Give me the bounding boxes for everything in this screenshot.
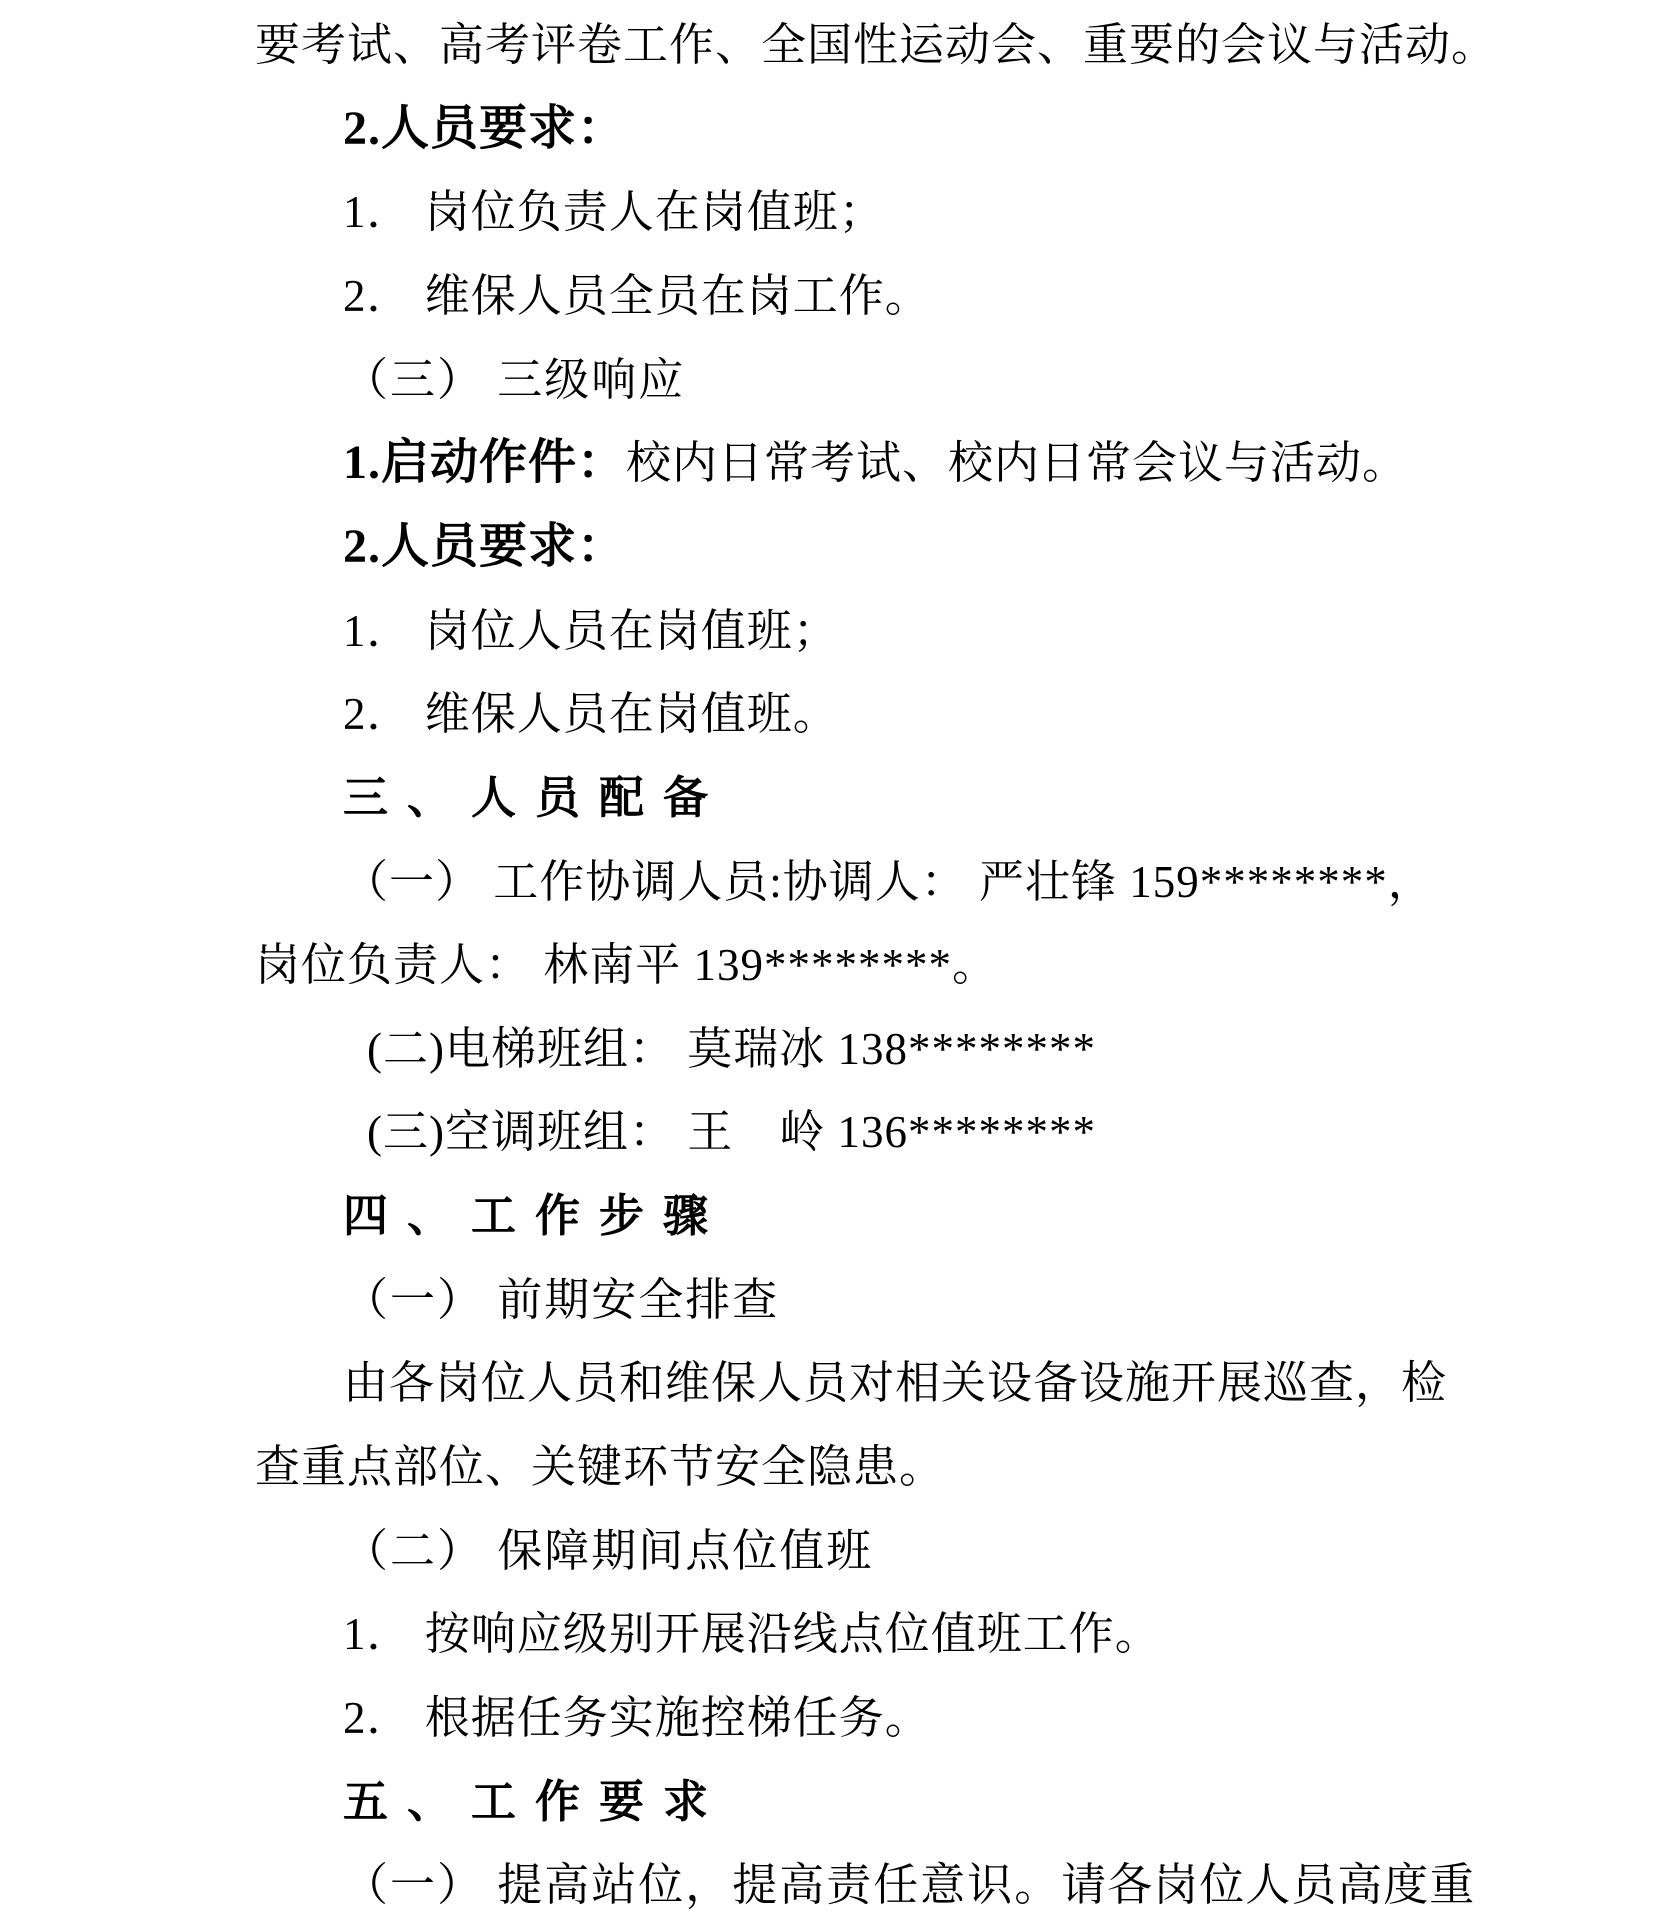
document-line: 1.启动作件：校内日常考试、校内日常会议与活动。 <box>255 421 1503 505</box>
text-run-kai: （一） 前期安全排查 <box>343 1275 779 1325</box>
document-line: （一） 前期安全排查 <box>255 1258 1503 1342</box>
document-line: （三） 三级响应 <box>255 338 1503 422</box>
text-run-body: 2． 维保人员全员在岗工作。 <box>343 271 931 321</box>
text-run-body: 岗位负责人： 林南平 139********。 <box>255 940 998 990</box>
text-run-body: 由各岗位人员和维保人员对相关设备设施开展巡查，检 <box>343 1358 1447 1408</box>
document-line: 五、工作要求 <box>255 1760 1503 1844</box>
document-line: 1． 岗位人员在岗值班； <box>255 589 1503 673</box>
text-run-body: 1． 按响应级别开展沿线点位值班工作。 <box>343 1609 1161 1659</box>
document-line: 2． 维保人员在岗值班。 <box>255 672 1503 756</box>
document-line: （一） 工作协调人员:协调人： 严壮锋 159********， <box>255 840 1503 924</box>
text-run-bold: 1.启动作件： <box>343 436 626 489</box>
text-run-body: 1． 岗位负责人在岗值班； <box>343 187 885 237</box>
document-line: （二） 保障期间点位值班 <box>255 1509 1503 1593</box>
text-run-hei: 五、工作要求 <box>343 1776 727 1827</box>
text-run-body: 2． 维保人员在岗值班。 <box>343 689 839 739</box>
document-line: 1． 岗位负责人在岗值班； <box>255 170 1503 254</box>
document-line: 2.人员要求： <box>255 87 1503 171</box>
document-line: 2． 根据任务实施控梯任务。 <box>255 1676 1503 1760</box>
text-run-body: 2． 根据任务实施控梯任务。 <box>343 1693 931 1743</box>
document-line: (三)空调班组： 王 岭 136******** <box>255 1090 1527 1174</box>
text-run-body: (三)空调班组： 王 岭 136******** <box>367 1107 1096 1157</box>
text-run-body: 请各岗位人员高度重 <box>1061 1860 1475 1910</box>
document-line: 岗位负责人： 林南平 139********。 <box>255 923 1415 1007</box>
text-run-body: (二)电梯班组： 莫瑞冰 138******** <box>367 1024 1096 1074</box>
document-page: 要考试、高考评卷工作、全国性运动会、重要的会议与活动。2.人员要求：1． 岗位负… <box>0 0 1654 1925</box>
document-line: 2． 维保人员全员在岗工作。 <box>255 254 1503 338</box>
document-line: 四、工作步骤 <box>255 1174 1503 1258</box>
document-line: 1． 按响应级别开展沿线点位值班工作。 <box>255 1592 1503 1676</box>
document-line: 三、人员配备 <box>255 756 1503 840</box>
text-run-body: 查重点部位、关键环节安全隐患。 <box>255 1442 945 1492</box>
text-run-body: 1． 岗位人员在岗值班； <box>343 606 839 656</box>
text-run-kai: （三） 三级响应 <box>343 355 685 405</box>
text-run-kai: （一） 提高站位，提高责任意识。 <box>343 1860 1061 1910</box>
document-text: 要考试、高考评卷工作、全国性运动会、重要的会议与活动。2.人员要求：1． 岗位负… <box>0 0 1654 1925</box>
text-run-body: 校内日常考试、校内日常会议与活动。 <box>626 438 1408 488</box>
document-line: 查重点部位、关键环节安全隐患。 <box>255 1425 1415 1509</box>
document-line: 要考试、高考评卷工作、全国性运动会、重要的会议与活动。 <box>255 3 1415 87</box>
text-run-hei: 三、人员配备 <box>343 772 727 823</box>
document-line: (二)电梯班组： 莫瑞冰 138******** <box>255 1007 1527 1091</box>
document-line: 由各岗位人员和维保人员对相关设备设施开展巡查，检 <box>255 1341 1503 1425</box>
text-run-hei: 四、工作步骤 <box>343 1190 727 1241</box>
text-run-kai: （二） 保障期间点位值班 <box>343 1526 873 1576</box>
document-line: 2.人员要求： <box>255 505 1503 589</box>
document-line: （一） 提高站位，提高责任意识。请各岗位人员高度重 <box>255 1843 1503 1925</box>
text-run-body: （一） 工作协调人员:协调人： 严壮锋 159********， <box>343 857 1434 907</box>
text-run-bold: 2.人员要求： <box>343 520 626 573</box>
text-run-body: 要考试、高考评卷工作、全国性运动会、重要的会议与活动。 <box>255 20 1497 70</box>
text-run-bold: 2.人员要求： <box>343 102 626 155</box>
